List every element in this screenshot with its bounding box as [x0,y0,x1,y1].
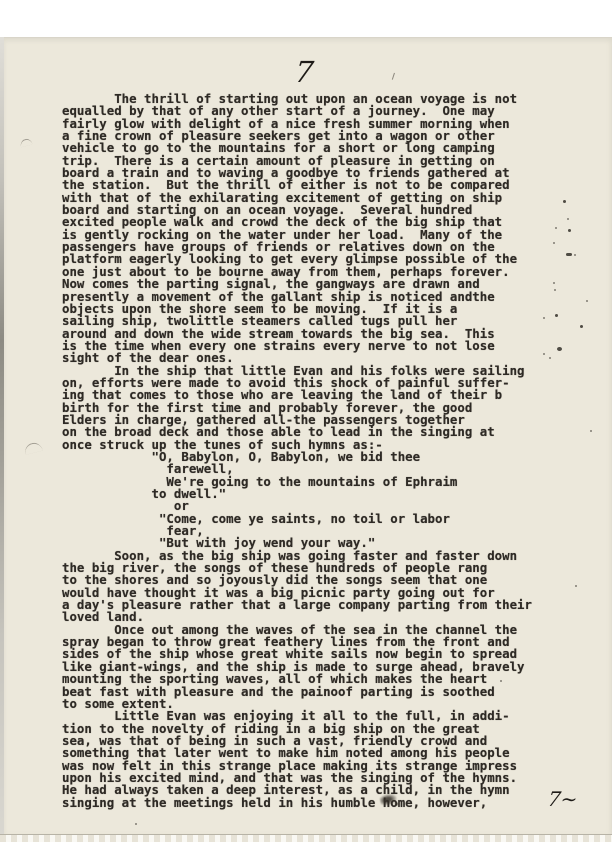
ink-speck [555,314,558,317]
ink-speck [557,347,562,351]
ink-speck [590,430,592,432]
ink-speck [568,229,571,232]
page-number-top: 7 [293,55,315,89]
scan-edge-shadow [0,37,4,835]
ink-speck [574,254,576,256]
ink-speck [580,325,583,328]
ink-smudge [379,792,398,806]
ink-speck [575,585,577,587]
ink-speck [549,357,551,359]
scanned-document-page: 7 The thrill of starting out upon an oce… [0,0,612,842]
ink-speck [563,200,566,203]
ink-speck [566,253,572,256]
scanner-background-strip [0,0,612,37]
page-number-bottom: 7~ [546,787,579,811]
ink-speck [543,317,545,319]
ink-speck [554,289,556,291]
perforated-bottom-edge [0,834,612,842]
ink-speck [553,282,555,284]
typed-text-body: The thrill of starting out upon an ocean… [62,93,607,809]
ink-speck [500,680,502,682]
ink-speck [135,823,137,825]
typed-line: singing at the meetings held in his humb… [62,797,607,809]
ink-speck [555,227,557,229]
ink-speck [567,218,569,220]
ink-speck [543,353,545,355]
ink-speck [553,242,555,244]
ink-speck [586,300,588,302]
